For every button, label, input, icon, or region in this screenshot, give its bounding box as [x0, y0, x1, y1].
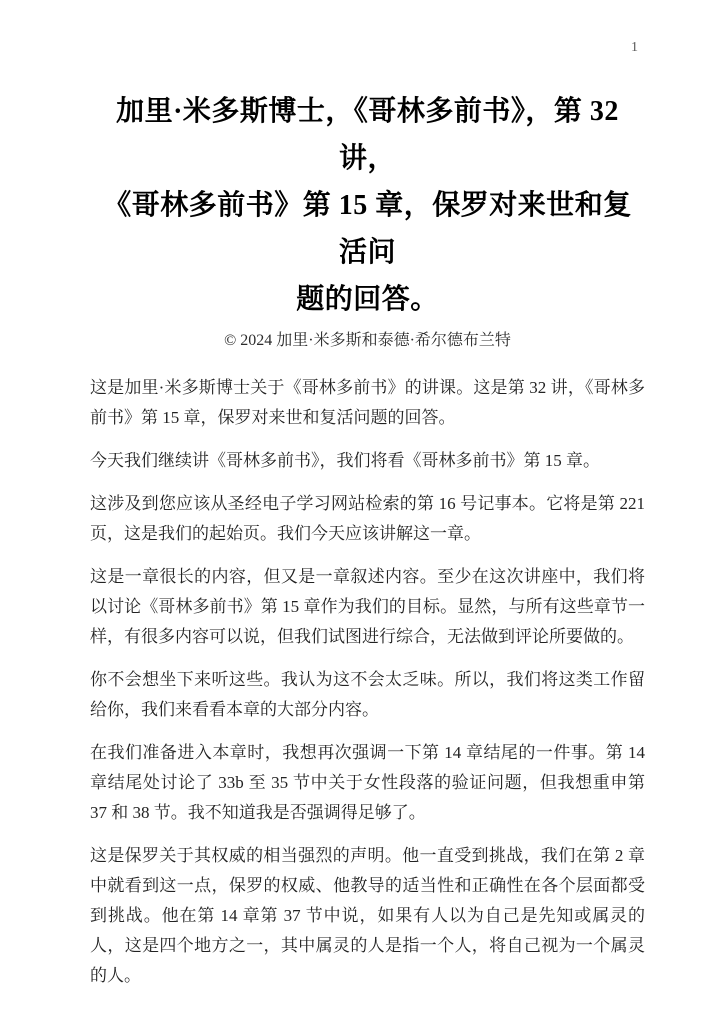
paragraph-3: 这涉及到您应该从圣经电子学习网站检索的第 16 号记事本。它将是第 221 页，…: [90, 489, 645, 549]
paragraph-1: 这是加里·米多斯博士关于《哥林多前书》的讲课。这是第 32 讲，《哥林多前书》第…: [90, 373, 645, 433]
title-line-4: 题的回答。: [90, 276, 645, 323]
paragraph-5: 你不会想坐下来听这些。我认为这不会太乏味。所以，我们将这类工作留给你，我们来看看…: [90, 665, 645, 725]
page-number: 1: [631, 40, 638, 56]
title-line-3: 《哥林多前书》第 15 章，保罗对来世和复活问: [90, 182, 645, 276]
page-content: 加里·米多斯博士，《哥林多前书》，第 32 讲， 《哥林多前书》第 15 章，保…: [0, 0, 724, 991]
paragraph-4: 这是一章很长的内容，但又是一章叙述内容。至少在这次讲座中，我们将以讨论《哥林多前…: [90, 562, 645, 652]
paragraph-6: 在我们准备进入本章时，我想再次强调一下第 14 章结尾的一件事。第 14 章结尾…: [90, 738, 645, 828]
paragraph-7: 这是保罗关于其权威的相当强烈的声明。他一直受到挑战，我们在第 2 章中就看到这一…: [90, 841, 645, 991]
document-body: 这是加里·米多斯博士关于《哥林多前书》的讲课。这是第 32 讲，《哥林多前书》第…: [90, 373, 645, 991]
document-title: 加里·米多斯博士，《哥林多前书》，第 32 讲， 《哥林多前书》第 15 章，保…: [90, 88, 645, 323]
title-line-2: 讲，: [90, 135, 645, 182]
document-page: 1 加里·米多斯博士，《哥林多前书》，第 32 讲， 《哥林多前书》第 15 章…: [0, 0, 724, 1024]
paragraph-2: 今天我们继续讲《哥林多前书》，我们将看《哥林多前书》第 15 章。: [90, 446, 645, 476]
document-header: 加里·米多斯博士，《哥林多前书》，第 32 讲， 《哥林多前书》第 15 章，保…: [90, 88, 645, 351]
copyright-line: © 2024 加里·米多斯和泰德·希尔德布兰特: [90, 331, 645, 351]
title-line-1: 加里·米多斯博士，《哥林多前书》，第 32: [90, 88, 645, 135]
